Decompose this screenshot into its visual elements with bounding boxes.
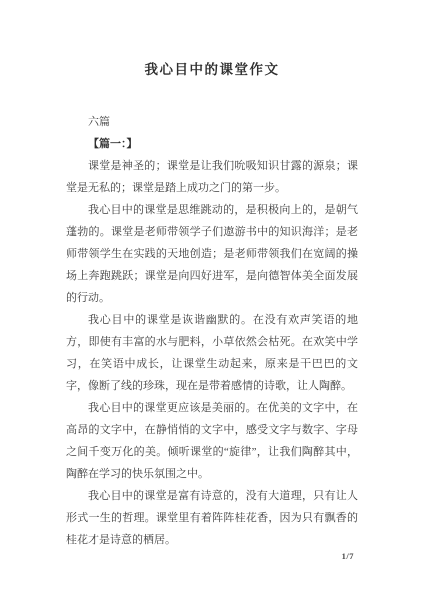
paragraph-2: 我心目中的课堂是思维跳动的，是积极向上的，是朝气蓬勃的。课堂是老师带领学子们遨游… [66,199,358,309]
paragraph-5: 我心目中的课堂是富有诗意的，没有大道理，只有让人形式一生的哲理。课堂里有着阵阵桂… [66,485,358,551]
page-number: 1/7 [342,551,354,561]
document-body: 六篇 【篇一：】 课堂是神圣的；课堂是让我们吮吸知识甘露的源泉；课堂是无私的；课… [66,111,358,551]
document-title: 我心目中的课堂作文 [0,62,424,78]
essay-count-label: 六篇 [66,111,358,133]
paragraph-1: 课堂是神圣的；课堂是让我们吮吸知识甘露的源泉；课堂是无私的；课堂是踏上成功之门的… [66,155,358,199]
document-page: 我心目中的课堂作文 六篇 【篇一：】 课堂是神圣的；课堂是让我们吮吸知识甘露的源… [0,0,424,600]
paragraph-3: 我心目中的课堂是诙谐幽默的。在没有欢声笑语的地方，即使有丰富的水与肥料，小草依然… [66,309,358,397]
paragraph-4: 我心目中的课堂更应该是美丽的。在优美的文字中，在高昂的文字中，在静悄悄的文字中，… [66,397,358,485]
section-heading: 【篇一：】 [66,133,358,155]
